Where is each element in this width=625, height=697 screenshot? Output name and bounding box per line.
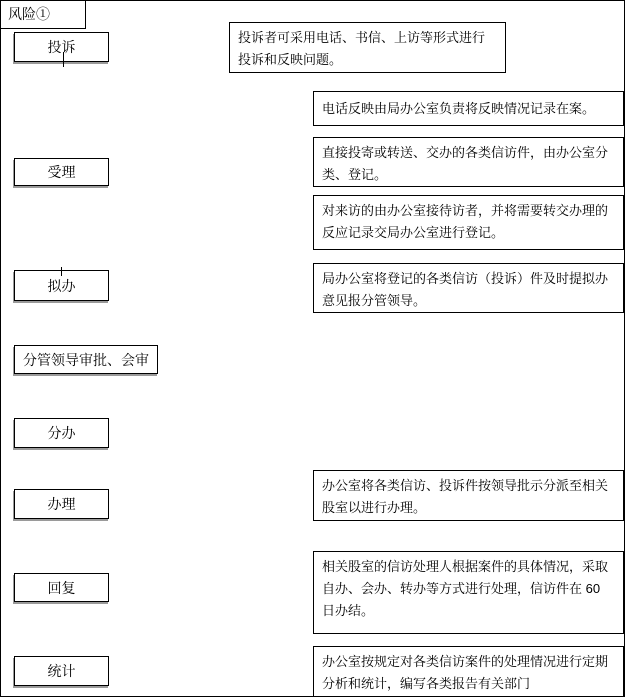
- stage-handling: 办理: [14, 489, 109, 519]
- connector-stub-above-proposed-handling: [61, 267, 62, 276]
- desc-section-handling-60days: 相关股室的信访处理人根据案件的具体情况，采取自办、会办、转办等方式进行处理，信访…: [313, 551, 624, 634]
- stage-leader-approval-joint-review: 分管领导审批、会审: [14, 345, 158, 374]
- desc-visitor-reception: 对来访的由办公室接待访者，并将需要转交办理的反应记录交局办公室进行登记。: [313, 195, 624, 250]
- desc-complaint-methods: 投诉者可采用电话、书信、上访等形式进行投诉和反映问题。: [229, 22, 506, 73]
- stage-reply: 回复: [14, 573, 109, 602]
- flowchart-canvas: 风险① 投诉 受理 拟办 分管领导审批、会审 分办 办理 回复 统计 投诉者可采…: [0, 0, 625, 697]
- desc-dispatch-to-sections: 办公室将各类信访、投诉件按领导批示分派至相关股室以进行办理。: [313, 470, 624, 521]
- desc-mail-classification: 直接投寄或转送、交办的各类信访件，由办公室分类、登记。: [313, 137, 624, 187]
- stage-complaint: 投诉: [14, 32, 109, 62]
- desc-phone-record-text: 电话反映由局办公室负责将反映情况记录在案。: [322, 98, 595, 120]
- risk-label: 风险①: [1, 1, 86, 29]
- stage-acceptance: 受理: [14, 158, 109, 186]
- desc-phone-record: 电话反映由局办公室负责将反映情况记录在案。: [313, 91, 624, 126]
- stage-statistics: 统计: [14, 656, 109, 686]
- connector-stub-below-complaint: [63, 52, 64, 67]
- stage-distribution: 分办: [14, 418, 109, 448]
- desc-periodic-statistics: 办公室按规定对各类信访案件的处理情况进行定期分析和统计，编写各类报告有关部门: [313, 646, 624, 697]
- desc-register-report-leader: 局办公室将登记的各类信访（投诉）件及时提拟办意见报分管领导。: [313, 263, 624, 313]
